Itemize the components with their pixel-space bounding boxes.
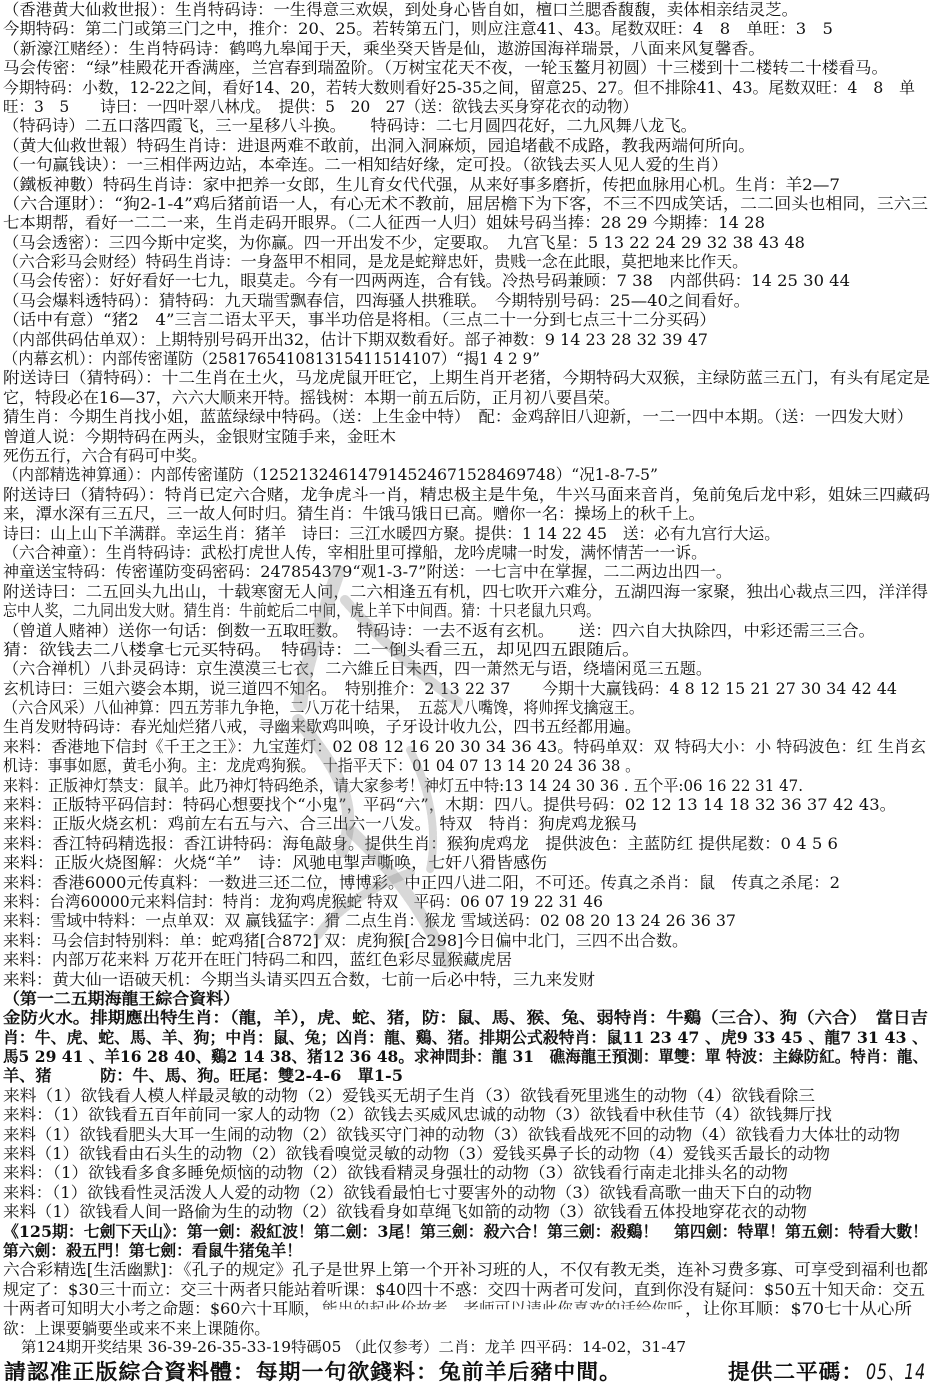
- line-text: 玄机诗曰：三姐六婆会本期，说三道四不知名。 特别推介：2 13 22 37 今期…: [3, 679, 897, 698]
- riddle-line: 来料（1）欲钱看肥头大耳一生闹的动物（2）欲钱买守门神的动物（3）欲钱看战死不回…: [0, 1125, 934, 1144]
- line-text: （黄大仙救世報）特码生肖诗：进退两难不敢前，出洞入洞麻烦，园追堵截不成路，教我两…: [3, 136, 755, 155]
- riddle-line: 来料：（1）欲钱看多食多睡免烦恼的动物（2）欲钱看精灵身强壮的动物（3）欲钱看行…: [0, 1163, 934, 1182]
- line-text: 来料：（1）欲钱看性灵活泼人人爱的动物（2）欲钱看最怕七寸要害外的动物（3）欲钱…: [3, 1183, 812, 1202]
- body-line: （六合運財）：“狗2-1-4”鸡后猪前语一人，有心无术不教前，屈居檐下为下客，不…: [0, 194, 934, 213]
- body-line: 猜：欲钱去二八楼拿七元买特码。 特码诗：二一倒头看三五，却见四五跟随后。: [0, 640, 934, 659]
- riddle-line: 来料（1）欲钱看人模人样最灵敏的动物（2）爱钱买无胡子生肖（3）欲钱看死里逃生的…: [0, 1086, 934, 1105]
- line-text: （内部精选神算通）：内部传密谨防（12521324614791452467152…: [3, 465, 658, 484]
- line-text: 来料：正版特平码信封：特码心想要找个“小鬼”，平码“六”，木期：四八。提供号码：…: [3, 795, 896, 814]
- line-text: 金防火水。排期應出特生肖：（龍，羊），虎、蛇、猪，防：鼠、馬、猴、兔、弱特肖：牛…: [3, 1008, 928, 1027]
- line-text: （特码诗）二五口落四霞飞，三一星移八斗换。 特码诗：二七月圆四花好，二九风舞八龙…: [3, 116, 697, 135]
- line-text: （马会透密）：三四今斯中定奖，为你赢。四一开出发不少，定要取。 九宫飞星：5 1…: [3, 233, 805, 252]
- body-line: 来料：正版火烧图解：火烧“羊” 诗：风驰电掣声嘶唤，七奸八猾皆感伤: [0, 853, 934, 872]
- bold-line: 肖：牛、虎、蛇、馬、羊、狗；中肖：鼠、兔；凶肖：龍、鷄、猪。排期公式殺特肖：鼠1…: [0, 1028, 934, 1047]
- line-text: 来料：正版火烧玄机：鸡前左右五与六、合三出六一八发。 特双 特肖：狗虎鸡龙猴马: [3, 814, 637, 833]
- body-line: 来，潭水深有三五尺，三一故人何时归。猜生肖：牛饿马饿日已高。赠你一名：操场上的秋…: [0, 504, 934, 523]
- line-text: （一句赢钱诀）：一三相伴两边站，本牵连。二一相知结好缘，定可投。（欲钱去买人见人…: [3, 155, 728, 174]
- body-line: 来料：香港6000元传真料：一数进三还二位，博博彩。中正四八进二阳，不可还。传真…: [0, 873, 934, 892]
- line-text: 肖：牛、虎、蛇、馬、羊、狗；中肖：鼠、兔；凶肖：龍、鷄、猪。排期公式殺特肖：鼠1…: [3, 1028, 928, 1047]
- line-text: 七本期帮，看好一二二一来，生肖走码开眼界。（二人征西一人归）姐妹号码当捧：28 …: [3, 213, 765, 232]
- line-text: 机诗：事事如愿，黄毛小狗。主：龙虎鸡狗猴。 十指平天下：01 04 07 13 …: [3, 756, 640, 775]
- line-text: 来料：台湾60000元来料信封：特肖：龙狗鸡虎猴蛇 特双 平码：06 07 19…: [3, 892, 603, 911]
- section-title-text: （第一二五期海龍王綜合資料）: [3, 989, 240, 1008]
- riddles-section: 来料（1）欲钱看人模人样最灵敏的动物（2）爱钱买无胡子生肖（3）欲钱看死里逃生的…: [0, 1086, 934, 1222]
- line-text: （六合彩马会财经）特码生肖诗：一身盔甲不相同，是龙是蛇辩忠奸，贵贱一念在此眼，莫…: [3, 252, 748, 271]
- body-line: （特码诗）二五口落四霞飞，三一星移八斗换。 特码诗：二七月圆四花好，二九风舞八龙…: [0, 116, 934, 135]
- line-text: 忘中人奖，二九同出发大财。猜生肖：牛前蛇后二中间，虎上羊下中间酉。猜：十只老鼠九…: [3, 601, 600, 620]
- body-line: 死伤五行，六合有码可中奖。: [0, 446, 934, 465]
- riddle-line: 来料（1）欲钱看人间一路偷为生的动物（2）欲钱看身如草绳飞如箭的动物（3）欲钱看…: [0, 1202, 934, 1221]
- body-line: （话中有意）“猪2 4”三言二语太平天，事半功倍是将相。（三点二十一分到七点三十…: [0, 310, 934, 329]
- flat-code-value: 05、14: [866, 1357, 926, 1387]
- body-line: 来料：正版火烧玄机：鸡前左右五与六、合三出六一八发。 特双 特肖：狗虎鸡龙猴马: [0, 814, 934, 833]
- line-text: 来，潭水深有三五尺，三一故人何时归。猜生肖：牛饿马饿日已高。赠你一名：操场上的秋…: [3, 504, 705, 523]
- line-text: 来料：雪域中特料：一点单双：双 赢钱猛字：猾 二点生肖：猴龙 雪域送码：02 0…: [3, 911, 736, 930]
- body-line: 来料：正版神灯禁支：鼠羊。此乃神灯特码绝杀，请大家参考！神灯五中特:13 14 …: [0, 776, 934, 795]
- line-text: （马会传密）：好好看好一七九，眼莫走。今有一四两两连，合有钱。冷热号码兼顾：7 …: [3, 271, 850, 290]
- flat-code-label: 提供二平碼：: [728, 1357, 864, 1387]
- body-line: 来料：黄大仙一语破天机：今期当头请买四五合数，七前一后必中特，三九来发财: [0, 970, 934, 989]
- line-text: 六合彩精选[生活幽默]：《孔子的规定》孔子是世界上第一个开补习班的人，不仅有教无…: [3, 1260, 928, 1279]
- main-tips-section: （香港黄大仙救世报）：生肖特码诗：一生得意三欢娱，到处身心皆自如，檀口兰腮香馥馥…: [0, 0, 934, 989]
- body-line: 来料：内部万花来料 万花开在旺门特码二和四，蓝红色彩尽显猴藏虎居: [0, 950, 934, 969]
- line-text: 来料：香港6000元传真料：一数进三还二位，博博彩。中正四八进二阳，不可还。传真…: [3, 873, 840, 892]
- body-line: （六合神童）：生肖特码诗：武松打虎世人传，宰相肚里可撑船，龙吟虎啸一时发，满怀情…: [0, 543, 934, 562]
- body-line: 来料：香江特码精选报：香江讲特码：海龟敲身。提供生肖：猴狗虎鸡龙 提供波色：主蓝…: [0, 834, 934, 853]
- body-line: 旺：3 5 诗曰：一四叶翠八林戊。 提供：5 20 27（送：欲钱去买身穿花衣的…: [0, 97, 934, 116]
- body-line: 马会传密：“绿”桂殿花开香满座，兰宫春到瑞盈阶。（万树宝花天不夜，一轮玉鳌月初圆…: [0, 58, 934, 77]
- body-line: （曾道人赌神）送你一句话：倒数一五取旺数。 特码诗：一去不返有玄机。 送：四六自…: [0, 621, 934, 640]
- body-line: 今期特码：小数，12-22之间，看好14、20，若转大数则看好25-35之间，留…: [0, 78, 934, 97]
- humor-line: 六合彩精选[生活幽默]：《孔子的规定》孔子是世界上第一个开补习班的人，不仅有教无…: [0, 1260, 934, 1279]
- body-line: 来料：马会信封特别料：单：蛇鸡猪[合872] 双：虎狗猴[合298]今日偏中北门…: [0, 931, 934, 950]
- draw-result-line: 第124期开奖结果 36-39-26-35-33-19特碼05 （此仅参考）二肖…: [0, 1338, 934, 1357]
- riddle-line: 来料（1）欲钱看由石头生的动物（2）欲钱看嗅觉灵敏的动物（3）爱钱买鼻子长的动物…: [0, 1144, 934, 1163]
- line-text: （六合運財）：“狗2-1-4”鸡后猪前语一人，有心无术不教前，屈居檐下为下客，不…: [3, 194, 928, 213]
- body-line: 来料：雪域中特料：一点单双：双 赢钱猛字：猾 二点生肖：猴龙 雪域送码：02 0…: [0, 911, 934, 930]
- bold-line: 馬5 29 41 、羊16 28 40、鷄2 14 38、猪12 36 48。求…: [0, 1047, 934, 1066]
- body-line: （内幕玄机）：内部传密谨防（258176541081315411514107）“…: [0, 349, 934, 368]
- line-text: （鐵板神數）特码生肖诗：家中把养一女郎，生儿育女代代强，从来好事多磨折，传把血脉…: [3, 175, 840, 194]
- humor-section: 六合彩精选[生活幽默]：《孔子的规定》孔子是世界上第一个开补习班的人，不仅有教无…: [0, 1260, 934, 1338]
- line-text: 欲：上课要躺要坐或来不来上课随你。: [3, 1319, 270, 1338]
- line-text: （曾道人赌神）送你一句话：倒数一五取旺数。 特码诗：一去不返有玄机。 送：四六自…: [3, 621, 875, 640]
- body-line: （马会传密）：好好看好一七九，眼莫走。今有一四两两连，合有钱。冷热号码兼顾：7 …: [0, 271, 934, 290]
- line-text: 马会传密：“绿”桂殿花开香满座，兰宫春到瑞盈阶。（万树宝花天不夜，一轮玉鳌月初圆…: [3, 58, 888, 77]
- body-line: 忘中人奖，二九同出发大财。猜生肖：牛前蛇后二中间，虎上羊下中间酉。猜：十只老鼠九…: [0, 601, 934, 620]
- line-text: 规定了：$30三十而立：交三十两者只能站着听课：$40四十不惑：交四十两者可发问…: [3, 1280, 925, 1299]
- line-text: 来料：内部万花来料 万花开在旺门特码二和四，蓝红色彩尽显猴藏虎居: [3, 950, 512, 969]
- body-line: （马会透密）：三四今斯中定奖，为你赢。四一开出发不少，定要取。 九宫飞星：5 1…: [0, 233, 934, 252]
- humor-line: 十两者可知明大小考之命题：$60六十耳顺， 能出的起此价故者，老师可以请此你喜欢…: [0, 1299, 934, 1318]
- body-line: （新濠江赌经）：生肖特码诗：鹤鸣九皋闻于天，乘坐癸天皆是仙，遨游国海祥瑞景，八面…: [0, 39, 934, 58]
- line-text: 来料（1）欲钱看肥头大耳一生闹的动物（2）欲钱买守门神的动物（3）欲钱看战死不回…: [3, 1125, 900, 1144]
- line-text: （内幕玄机）：内部传密谨防（258176541081315411514107）“…: [3, 349, 540, 368]
- body-line: 七本期帮，看好一二二一来，生肖走码开眼界。（二人征西一人归）姐妹号码当捧：28 …: [0, 213, 934, 232]
- line-text: 旺：3 5 诗曰：一四叶翠八林戊。 提供：5 20 27（送：欲钱去买身穿花衣的…: [3, 97, 638, 116]
- humor-line: 欲：上课要躺要坐或来不来上课随你。: [0, 1319, 934, 1338]
- body-line: 机诗：事事如愿，黄毛小狗。主：龙虎鸡狗猴。 十指平天下：01 04 07 13 …: [0, 756, 934, 775]
- line-text: 来料：黄大仙一语破天机：今期当头请买四五合数，七前一后必中特，三九来发财: [3, 970, 595, 989]
- line-text: （内部供码估单双）：上期特别号码开出32，估计下期双数看好。部子神数：9 14 …: [3, 330, 708, 349]
- body-line: （香港黄大仙救世报）：生肖特码诗：一生得意三欢娱，到处身心皆自如，檀口兰腮香馥馥…: [0, 0, 934, 19]
- body-line: （六合彩马会财经）特码生肖诗：一身盔甲不相同，是龙是蛇辩忠奸，贵贱一念在此眼，莫…: [0, 252, 934, 271]
- line-text: 来料：马会信封特别料：单：蛇鸡猪[合872] 双：虎狗猴[合298]今日偏中北门…: [3, 931, 688, 950]
- dragon-king-section: （第一二五期海龍王綜合資料） 金防火水。排期應出特生肖：（龍，羊），虎、蛇、猪，…: [0, 989, 934, 1086]
- line-text: ，让你耳顺：$70七十从心所: [685, 1299, 912, 1318]
- body-line: （六合禅机）八卦灵码诗：京生漠漠三七衣，二六維丘日未西，四一萧然无与语，绕墙闲觅…: [0, 659, 934, 678]
- line-text: （新濠江赌经）：生肖特码诗：鹤鸣九皋闻于天，乘坐癸天皆是仙，遨游国海祥瑞景，八面…: [3, 39, 765, 58]
- body-line: （内部精选神算通）：内部传密谨防（12521324614791452467152…: [0, 465, 934, 484]
- footer-slogan-bar: 請認准正版綜合資料體：每期一句欲錢料：兔前羊后豬中間。 提供二平碼： 05、14: [0, 1357, 934, 1387]
- line-text: 来料：香港地下信封《千王之王》：九宝莲灯：02 08 12 16 20 30 3…: [3, 737, 926, 756]
- line-text: 附送诗曰（猜特码）：特肖已定六合赌，龙争虎斗一肖，精忠极主是牛兔，牛兴马面来音肖…: [3, 485, 930, 504]
- bold-line: 金防火水。排期應出特生肖：（龍，羊），虎、蛇、猪，防：鼠、馬、猴、兔、弱特肖：牛…: [0, 1008, 934, 1027]
- line-text: 猜生肖：今期生肖找小姐，蓝蓝绿绿中特码。（送：上生金中特） 配：金鸡辞旧八迎新，…: [3, 407, 913, 426]
- footer-slogan: 請認准正版綜合資料體：每期一句欲錢料：兔前羊后豬中間。: [4, 1357, 622, 1387]
- line-text: 今期特码：小数，12-22之间，看好14、20，若转大数则看好25-35之间，留…: [3, 78, 915, 97]
- line-text: 来料（1）欲钱看人模人样最灵敏的动物（2）爱钱买无胡子生肖（3）欲钱看死里逃生的…: [3, 1086, 815, 1105]
- body-line: （内部供码估单双）：上期特别号码开出32，估计下期双数看好。部子神数：9 14 …: [0, 330, 934, 349]
- body-line: 来料：台湾60000元来料信封：特肖：龙狗鸡虎猴蛇 特双 平码：06 07 19…: [0, 892, 934, 911]
- body-line: （一句赢钱诀）：一三相伴两边站，本牵连。二一相知结好缘，定可投。（欲钱去买人见人…: [0, 155, 934, 174]
- line-text: 来料（1）欲钱看由石头生的动物（2）欲钱看嗅觉灵敏的动物（3）爱钱买鼻子长的动物…: [3, 1144, 830, 1163]
- line-text: 馬5 29 41 、羊16 28 40、鷄2 14 38、猪12 36 48。求…: [3, 1047, 928, 1066]
- line-text: 十两者可知明大小考之命题：$60六十耳顺，: [3, 1299, 320, 1318]
- body-line: 玄机诗曰：三姐六婆会本期，说三道四不知名。 特别推介：2 13 22 37 今期…: [0, 679, 934, 698]
- seven-swords-section: 《125期：七劍下天山》：第一劍：殺紅波！第二劍：3尾！第三劍：殺六合！第三劍：…: [0, 1222, 934, 1261]
- body-line: 它，特段必在16—37，六六大顺来开特。摇钱树：本期一前五后防，正月初八要昌荣。: [0, 388, 934, 407]
- bold-line: 第六劍：殺五門！第七劍：看鼠牛猪兔羊！: [0, 1241, 934, 1260]
- line-text: （话中有意）“猪2 4”三言二语太平天，事半功倍是将相。（三点二十一分到七点三十…: [3, 310, 716, 329]
- line-text: 生肖发财特码诗：春光灿烂猪八戒，寻幽来歇鸡叫唤，子牙设计收九公，四书五经都用遍。: [3, 717, 641, 736]
- line-text: 来料（1）欲钱看人间一路偷为生的动物（2）欲钱看身如草绳飞如箭的动物（3）欲钱看…: [3, 1202, 807, 1221]
- line-text: （六合风采）八仙神算：四五芳菲九争艳，二八万花十结果， 五蕊人八嘴馋，将帅挥戈擒…: [3, 698, 644, 717]
- body-line: 今期特码：第二门或第三门之中，推介：20、25。若转第五门，则应注意41、43。…: [0, 19, 934, 38]
- line-text: 《125期：七劍下天山》：第一劍：殺紅波！第二劍：3尾！第三劍：殺六合！第三劍：…: [3, 1222, 928, 1241]
- body-line: 曾道人说：今期特码在两头，金银财宝随手来，金旺木: [0, 427, 934, 446]
- body-line: （黄大仙救世報）特码生肖诗：进退两难不敢前，出洞入洞麻烦，园追堵截不成路，教我两…: [0, 136, 934, 155]
- body-line: 来料：香港地下信封《千王之王》：九宝莲灯：02 08 12 16 20 30 3…: [0, 737, 934, 756]
- line-text: 来料：（1）欲钱看多食多睡免烦恼的动物（2）欲钱看精灵身强壮的动物（3）欲钱看行…: [3, 1163, 788, 1182]
- line-text: 死伤五行，六合有码可中奖。: [3, 446, 207, 465]
- line-text: （六合神童）：生肖特码诗：武松打虎世人传，宰相肚里可撑船，龙吟虎啸一时发，满怀情…: [3, 543, 707, 562]
- document-page: （香港黄大仙救世报）：生肖特码诗：一生得意三欢娱，到处身心皆自如，檀口兰腮香馥馥…: [0, 0, 934, 1388]
- section-title: （第一二五期海龍王綜合資料）: [0, 989, 934, 1008]
- body-line: 神童送宝特码：传密谨防变码密码：247854379“观1-3-7”附送：一七言中…: [0, 562, 934, 581]
- line-text: 它，特段必在16—37，六六大顺来开特。摇钱树：本期一前五后防，正月初八要昌荣。: [3, 388, 620, 407]
- line-text: （马会爆料透特码）：猜特码：九天瑞雪飘春信，四海骚人拱雅联。 今期特别号码：25…: [3, 291, 750, 310]
- body-line: （马会爆料透特码）：猜特码：九天瑞雪飘春信，四海骚人拱雅联。 今期特别号码：25…: [0, 291, 934, 310]
- line-text: （香港黄大仙救世报）：生肖特码诗：一生得意三欢娱，到处身心皆自如，檀口兰腮香馥馥…: [3, 0, 798, 19]
- body-line: （六合风采）八仙神算：四五芳菲九争艳，二八万花十结果， 五蕊人八嘴馋，将帅挥戈擒…: [0, 698, 934, 717]
- line-text: 来料：（1）欲钱看五百年前同一家人的动物（2）欲钱去买威风忠诚的动物（3）欲钱看…: [3, 1105, 832, 1124]
- line-text: （六合禅机）八卦灵码诗：京生漠漠三七衣，二六維丘日未西，四一萧然无与语，绕墙闲觅…: [3, 659, 712, 678]
- body-line: 来料：正版特平码信封：特码心想要找个“小鬼”，平码“六”，木期：四八。提供号码：…: [0, 795, 934, 814]
- line-text: 曾道人说：今期特码在两头，金银财宝随手来，金旺木: [3, 427, 396, 446]
- line-text: 来料：香江特码精选报：香江讲特码：海龟敲身。提供生肖：猴狗虎鸡龙 提供波色：主蓝…: [3, 834, 838, 853]
- line-text: 羊、猪 防：牛、馬、狗。旺尾：雙2-4-6 單1-5: [3, 1066, 403, 1085]
- line-text: 来料：正版火烧图解：火烧“羊” 诗：风驰电掣声嘶唤，七奸八猾皆感伤: [3, 853, 547, 872]
- line-text: 附送诗曰（猜特码）：十二生肖在土火，马龙虎鼠开旺它，上期生肖开老猪，今期特码大双…: [3, 368, 930, 387]
- line-text: 神童送宝特码：传密谨防变码密码：247854379“观1-3-7”附送：一七言中…: [3, 562, 732, 581]
- line-text: 来料：正版神灯禁支：鼠羊。此乃神灯特码绝杀，请大家参考！神灯五中特:13 14 …: [3, 776, 803, 795]
- line-text: 今期特码：第二门或第三门之中，推介：20、25。若转第五门，则应注意41、43。…: [3, 19, 833, 38]
- bold-line: 《125期：七劍下天山》：第一劍：殺紅波！第二劍：3尾！第三劍：殺六合！第三劍：…: [0, 1222, 934, 1241]
- line-text: 猜：欲钱去二八楼拿七元买特码。 特码诗：二一倒头看三五，却见四五跟随后。: [3, 640, 640, 659]
- body-line: 附送诗曰：二五回头九出山，十载寒窗无人问，二六相逢五有机，四七吹开六难分，五湖四…: [0, 582, 934, 601]
- line-text: 附送诗曰：二五回头九出山，十载寒窗无人问，二六相逢五有机，四七吹开六难分，五湖四…: [3, 582, 928, 601]
- clipped-line-text: 能出的起此价故者，老师可以请此你喜欢的话给你听: [322, 1299, 683, 1318]
- riddle-line: 来料：（1）欲钱看性灵活泼人人爱的动物（2）欲钱看最怕七寸要害外的动物（3）欲钱…: [0, 1183, 934, 1202]
- body-line: 附送诗曰（猜特码）：十二生肖在土火，马龙虎鼠开旺它，上期生肖开老猪，今期特码大双…: [0, 368, 934, 387]
- riddle-line: 来料：（1）欲钱看五百年前同一家人的动物（2）欲钱去买威风忠诚的动物（3）欲钱看…: [0, 1105, 934, 1124]
- body-line: 诗曰：山上山下羊满群。幸运生肖：猪羊 诗曰：三江水暖四方聚。提供：1 14 22…: [0, 524, 934, 543]
- line-text: 第六劍：殺五門！第七劍：看鼠牛猪兔羊！: [3, 1241, 302, 1260]
- draw-result-text: 第124期开奖结果 36-39-26-35-33-19特碼05 （此仅参考）二肖…: [21, 1338, 686, 1357]
- body-line: 生肖发财特码诗：春光灿烂猪八戒，寻幽来歇鸡叫唤，子牙设计收九公，四书五经都用遍。: [0, 717, 934, 736]
- line-text: 诗曰：山上山下羊满群。幸运生肖：猪羊 诗曰：三江水暖四方聚。提供：1 14 22…: [3, 524, 780, 543]
- bold-line: 羊、猪 防：牛、馬、狗。旺尾：雙2-4-6 單1-5: [0, 1066, 934, 1085]
- body-line: （鐵板神數）特码生肖诗：家中把养一女郎，生儿育女代代强，从来好事多磨折，传把血脉…: [0, 175, 934, 194]
- humor-line: 规定了：$30三十而立：交三十两者只能站着听课：$40四十不惑：交四十两者可发问…: [0, 1280, 934, 1299]
- body-line: 猜生肖：今期生肖找小姐，蓝蓝绿绿中特码。（送：上生金中特） 配：金鸡辞旧八迎新，…: [0, 407, 934, 426]
- body-line: 附送诗曰（猜特码）：特肖已定六合赌，龙争虎斗一肖，精忠极主是牛兔，牛兴马面来音肖…: [0, 485, 934, 504]
